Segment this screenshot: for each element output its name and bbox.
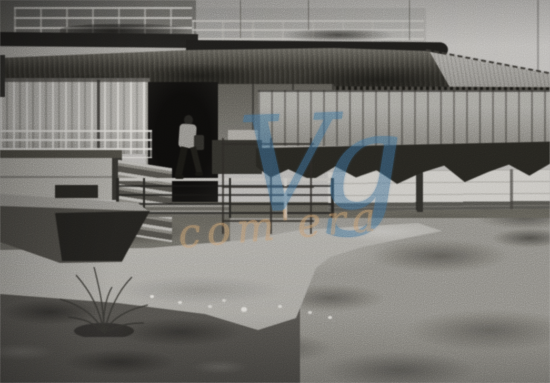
white-pebbles: [150, 295, 154, 298]
antenna-pole-icon: [308, 0, 309, 30]
antenna-pole-icon: [409, 0, 410, 40]
person-foot: [175, 175, 184, 179]
walking-person: [175, 114, 211, 196]
dark-bench: [55, 185, 98, 198]
building-left-edge: [0, 55, 5, 97]
fence-post: [331, 178, 334, 218]
photograph: Vg com'era: [0, 0, 550, 383]
terrace-objects-silhouette: [278, 30, 398, 40]
scaffold-frame: [222, 138, 314, 234]
scaffold-rail: [222, 186, 314, 188]
person-leg: [190, 146, 203, 175]
planter-post: [417, 172, 423, 212]
antenna-pole-icon: [240, 0, 241, 38]
photo-layers: [0, 0, 550, 383]
scaffold-rail: [222, 220, 314, 222]
flat-awning-left: [0, 32, 198, 48]
dry-bush: [46, 253, 158, 337]
person-foot: [195, 172, 203, 176]
person-leg: [175, 146, 188, 177]
scaffold-rail: [222, 143, 314, 145]
